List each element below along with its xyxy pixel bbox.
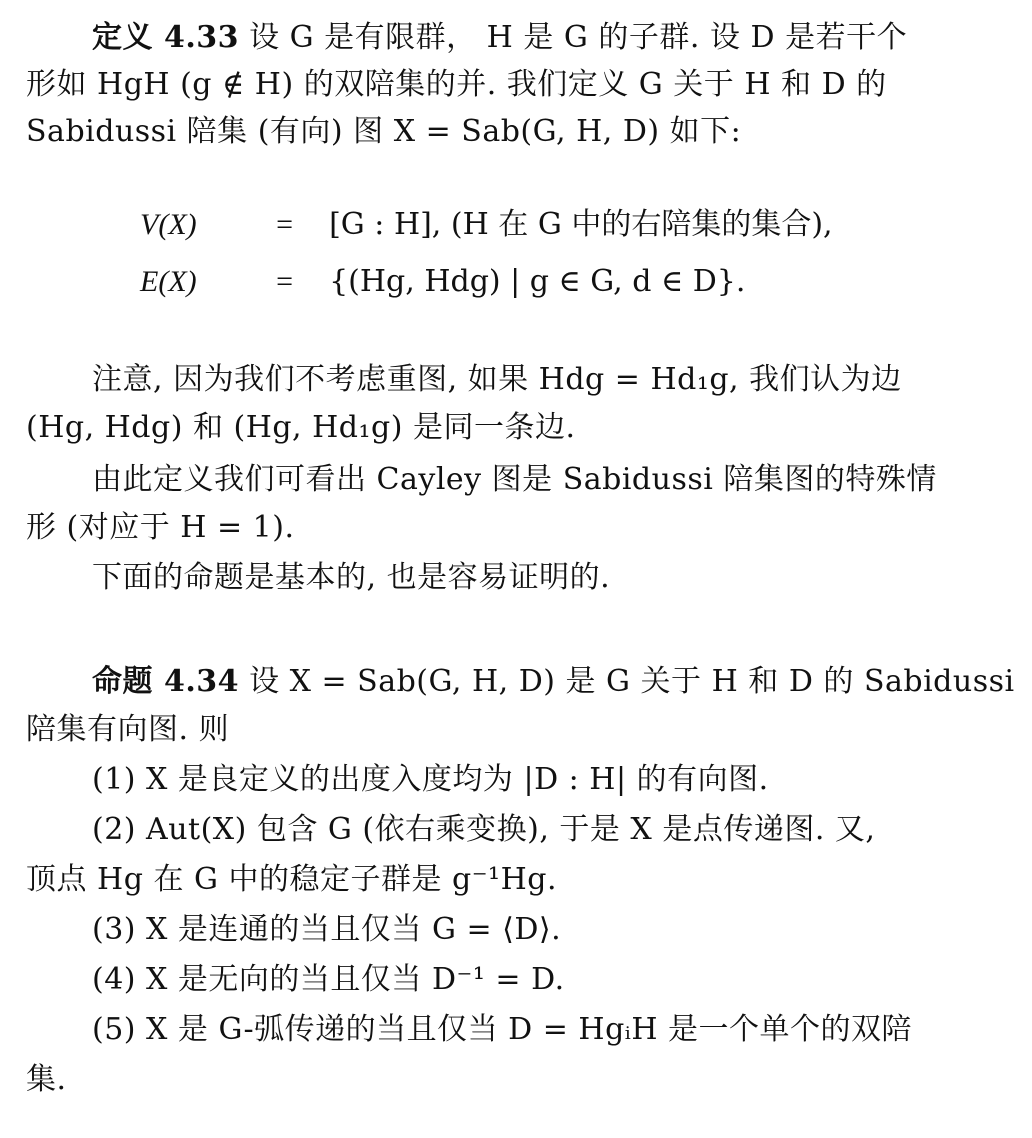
- cayley-line-1: 由此定义我们可看出 Cayley 图是 Sabidussi 陪集图的特殊情: [92, 460, 1014, 500]
- cayley-line-2: 形 (对应于 H = 1).: [26, 508, 1014, 548]
- proposition-item-2-cont: 顶点 Hg 在 G 中的稳定子群是 g⁻¹Hg.: [26, 860, 1014, 900]
- equation-vertex-set: V(X) = [G : H], (H 在 G 中的右陪集的集合),: [140, 205, 833, 245]
- proposition-label: 命题 4.34: [92, 664, 239, 699]
- proposition-text: 设 X = Sab(G, H, D) 是 G 关于 H 和 D 的 Sabidu…: [249, 664, 1015, 699]
- equation-lhs: E(X): [140, 262, 240, 302]
- proposition-item-4: (4) X 是无向的当且仅当 D⁻¹ = D.: [92, 960, 1014, 1000]
- definition-line-3: Sabidussi 陪集 (有向) 图 X = Sab(G, H, D) 如下:: [26, 112, 1014, 152]
- definition-line-1: 定义 4.33 设 G 是有限群， H 是 G 的子群. 设 D 是若干个: [92, 18, 1014, 58]
- proposition-line-1: 命题 4.34 设 X = Sab(G, H, D) 是 G 关于 H 和 D …: [92, 662, 1014, 702]
- proposition-item-2: (2) Aut(X) 包含 G (依右乘变换), 于是 X 是点传递图. 又,: [92, 810, 1014, 850]
- definition-text: 设 G 是有限群， H 是 G 的子群. 设 D 是若干个: [249, 20, 907, 55]
- equation-lhs: V(X): [140, 205, 240, 245]
- definition-line-2: 形如 HgH (g ∉ H) 的双陪集的并. 我们定义 G 关于 H 和 D 的: [26, 65, 1014, 105]
- proposition-item-5: (5) X 是 G-弧传递的当且仅当 D = HgᵢH 是一个单个的双陪: [92, 1010, 1014, 1050]
- definition-label: 定义 4.33: [92, 20, 239, 55]
- proposition-item-3: (3) X 是连通的当且仅当 G = ⟨D⟩.: [92, 910, 1014, 950]
- equation-op: =: [250, 205, 320, 245]
- equation-op: =: [250, 262, 320, 302]
- equation-rhs: {(Hg, Hdg) | g ∈ G, d ∈ D}.: [329, 264, 745, 299]
- note-line-1: 注意, 因为我们不考虑重图, 如果 Hdg = Hd₁g, 我们认为边: [92, 360, 1014, 400]
- proposition-item-1: (1) X 是良定义的出度入度均为 |D : H| 的有向图.: [92, 760, 1014, 800]
- equation-edge-set: E(X) = {(Hg, Hdg) | g ∈ G, d ∈ D}.: [140, 262, 745, 302]
- note-line-2: (Hg, Hdg) 和 (Hg, Hd₁g) 是同一条边.: [26, 408, 1014, 448]
- proposition-line-2: 陪集有向图. 则: [26, 710, 1014, 750]
- basic-remark: 下面的命题是基本的, 也是容易证明的.: [92, 558, 1014, 598]
- proposition-item-5-cont: 集.: [26, 1060, 1014, 1100]
- equation-rhs: [G : H], (H 在 G 中的右陪集的集合),: [329, 207, 832, 242]
